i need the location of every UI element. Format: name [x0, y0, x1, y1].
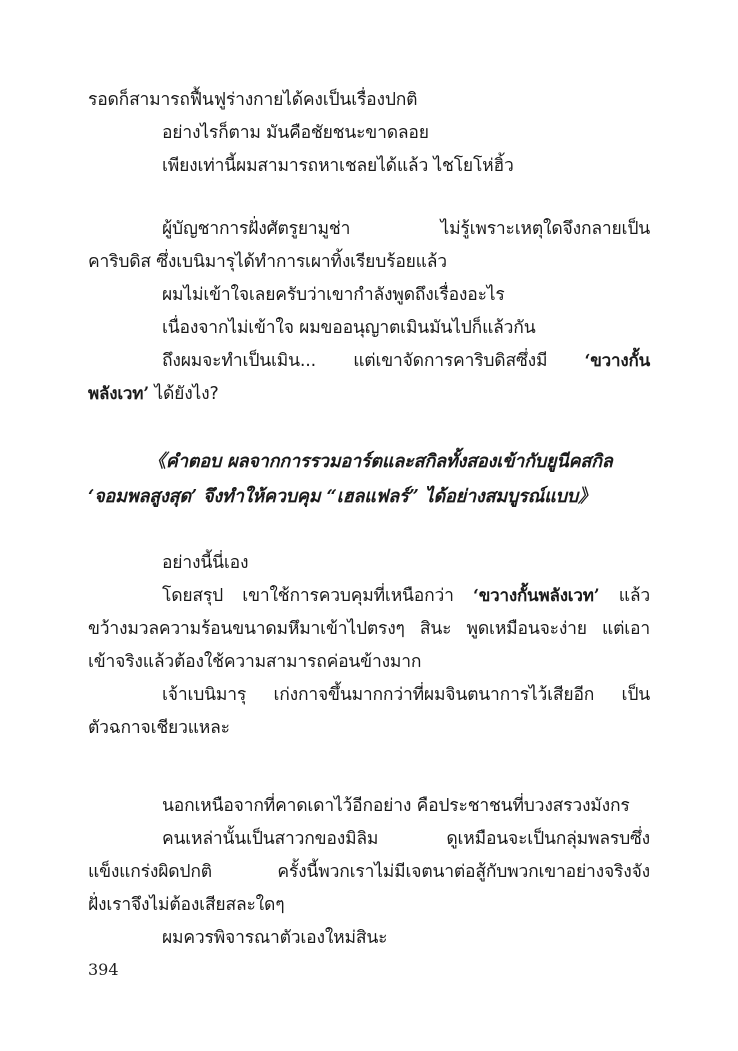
text-line: ผมควรพิจารณาตัวเองใหม่สินะ: [162, 922, 387, 955]
text-line: ตัวฉกาจเชียวแหละ: [88, 712, 230, 745]
text-line: ฝั่งเราจึงไม่ต้องเสียสละใดๆ: [88, 889, 284, 922]
text-run: โดยสรุป เขาใช้การควบคุมที่เหนือกว่า: [162, 586, 473, 606]
text-line: รอดก็สามารถฟื้นฟูร่างกายได้คงเป็นเรื่องป…: [88, 84, 417, 117]
text-line: แข็งแกร่งผิดปกติ ครั้งนี้พวกเราไม่มีเจตน…: [88, 856, 650, 889]
text-line: เจ้าเบนิมารุ เก่งกาจขึ้นมากกว่าที่ผมจินต…: [162, 679, 650, 712]
text-line-mixed: โดยสรุป เขาใช้การควบคุมที่เหนือกว่า ‘ขวา…: [162, 580, 650, 613]
text-run: ถึงผมจะทำเป็นเมิน... แต่เขาจัดการคาริบดิ…: [162, 351, 585, 371]
text-line: เนื่องจากไม่เข้าใจ ผมขออนุญาตเมินมันไปก็…: [162, 312, 535, 345]
system-message-line: ‘จอมพลสูงสุด’ จึงทำให้ควบคุม “เฮลแฟลร์” …: [88, 480, 596, 513]
text-line: ผู้บัญชาการฝั่งศัตรูยามูช่า ไม่รู้เพราะเ…: [162, 213, 650, 246]
text-line: คนเหล่านั้นเป็นสาวกของมิลิม ดูเหมือนจะเป…: [162, 823, 650, 856]
text-run: แล้ว: [599, 586, 650, 606]
text-run: ได้ยังไง?: [149, 384, 219, 404]
text-line: อย่างนี้นี่เอง: [162, 547, 248, 580]
text-line-mixed: ถึงผมจะทำเป็นเมิน... แต่เขาจัดการคาริบดิ…: [162, 345, 650, 378]
system-message-line: 《คำตอบ ผลจากการรวมอาร์ตและสกิลทั้งสองเข้…: [148, 445, 613, 478]
text-line-mixed: พลังเวท’ ได้ยังไง?: [88, 378, 219, 411]
text-line: อย่างไรก็ตาม มันคือชัยชนะขาดลอย: [162, 117, 429, 150]
text-line: คาริบดิส ซึ่งเบนิมารุได้ทำการเผาทิ้งเรีย…: [88, 246, 447, 279]
skill-name-emphasis: ‘ขวางกั้นพลังเวท’: [473, 586, 599, 606]
page-number: 394: [88, 960, 119, 979]
skill-name-emphasis: พลังเวท’: [88, 384, 149, 404]
text-line: นอกเหนือจากที่คาดเดาไว้อีกอย่าง คือประชา…: [162, 790, 630, 823]
skill-name-emphasis: ‘ขวางกั้น: [585, 351, 650, 371]
text-line: ผมไม่เข้าใจเลยครับว่าเขากำลังพูดถึงเรื่อ…: [162, 279, 505, 312]
text-line: เพียงเท่านี้ผมสามารถหาเชลยได้แล้ว ไชโยโห…: [162, 150, 514, 183]
text-line: เข้าจริงแล้วต้องใช้ความสามารถค่อนข้างมาก: [88, 646, 421, 679]
text-line: ขว้างมวลความร้อนขนาดมหึมาเข้าไปตรงๆ สินะ…: [88, 613, 650, 646]
